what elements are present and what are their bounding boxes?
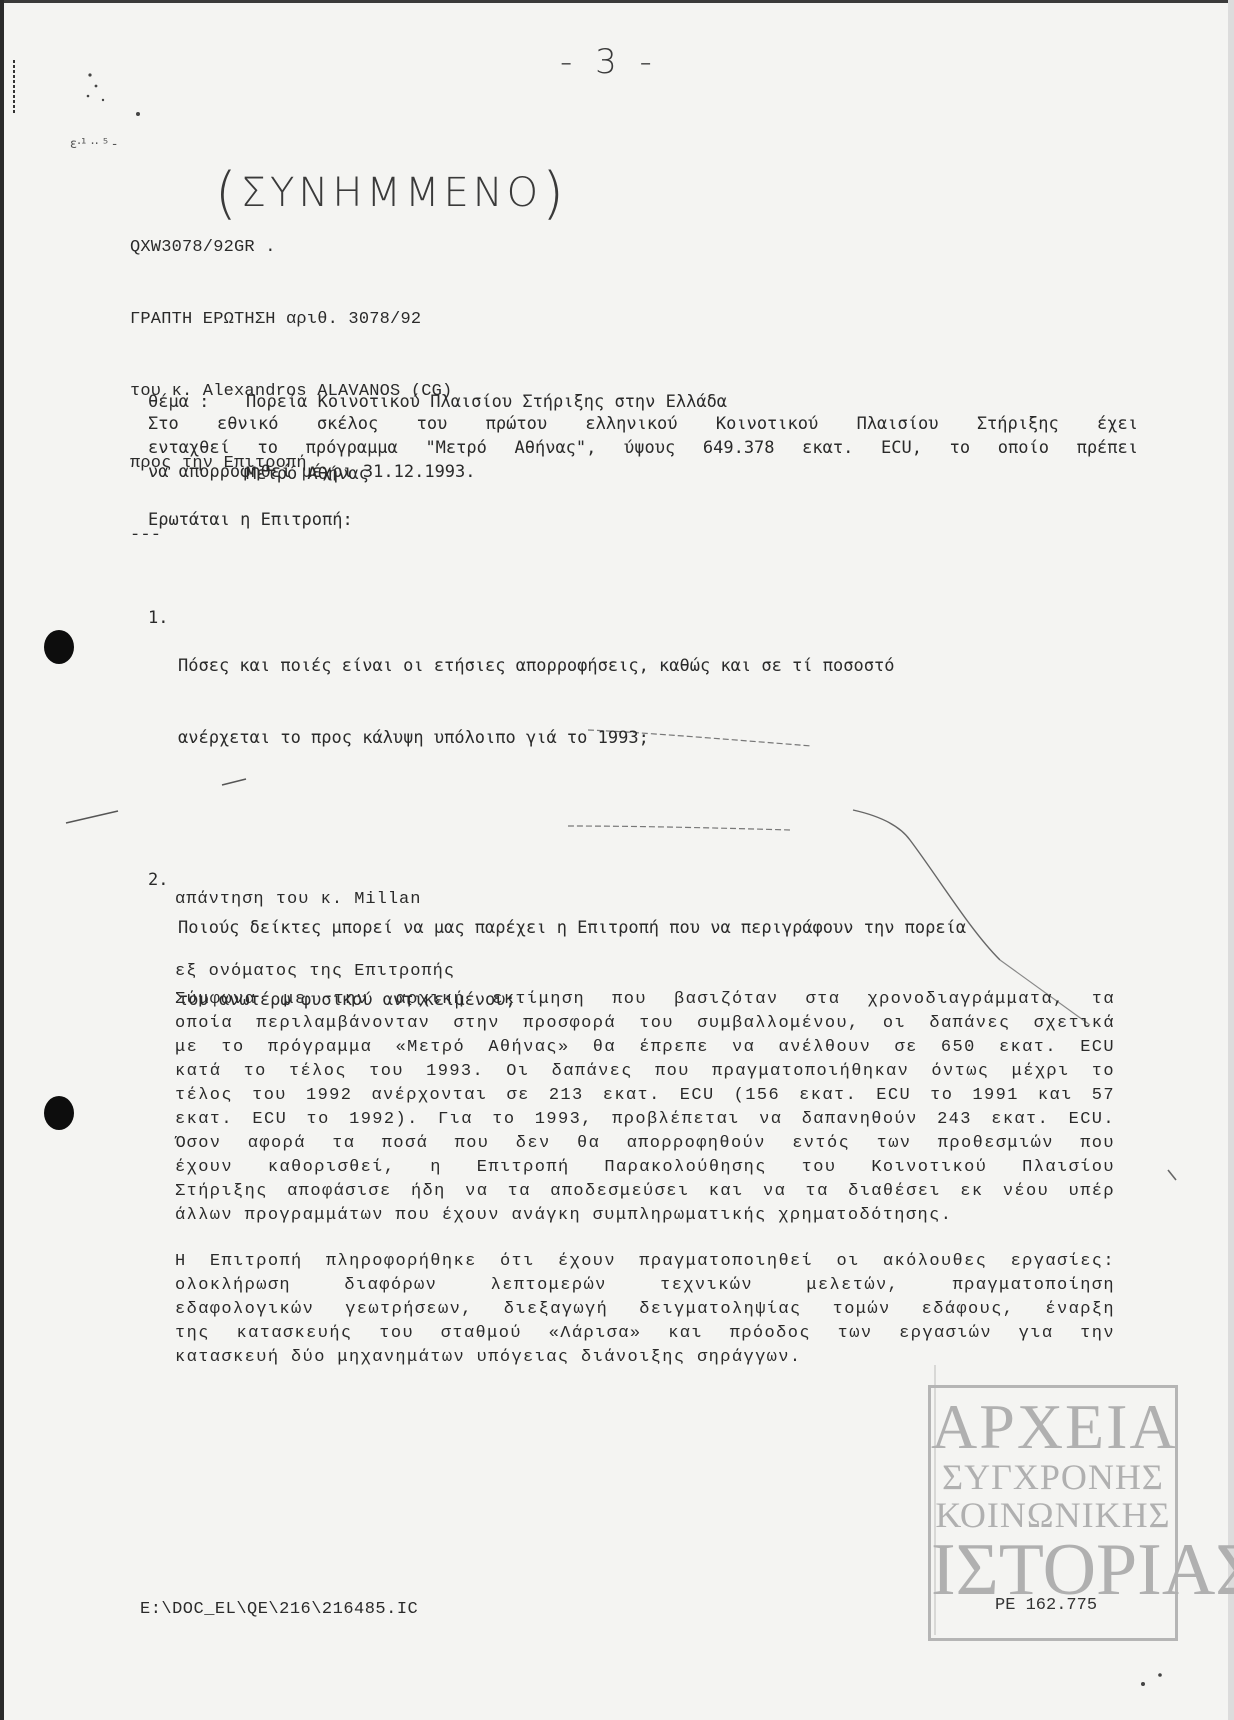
answer-on-behalf: εξ ονόματος της Επιτροπής: [175, 960, 455, 984]
answer-line: κατασκευή δύο μηχανημάτων υπόγειας διάνο…: [175, 1346, 1115, 1370]
scanned-document-page: ε·¹ ·· ⁵ - - 3 - (ΣΥΝΗΜΜΕΝΟ) QXW3078/92G…: [0, 0, 1234, 1720]
question-number: 2.: [148, 868, 178, 1060]
answer-line: έχουν καθορισθεί, η Επιτροπή Παρακολούθη…: [175, 1156, 1115, 1180]
answer-line: κατά το τέλος του 1993. Οι δαπάνες που π…: [175, 1060, 1115, 1084]
answer-line: Σύμφωνα με την αρχική εκτίμηση που βασιζ…: [175, 988, 1115, 1012]
intro-line: να απορροφηθεί μέχρι 31.12.1993.: [148, 460, 1138, 484]
answer-line: τέλος του 1992 ανέρχονται σε 213 εκατ. E…: [175, 1084, 1115, 1108]
intro-line: Στο εθνικό σκέλος του πρώτου ελληνικού Κ…: [148, 412, 1138, 436]
page-number: - 3 -: [560, 42, 658, 82]
stamp-line-2: ΣΥΓΧΡΟΝΗΣ: [931, 1458, 1175, 1496]
question-line: ανέρχεται το προς κάλυψη υπόλοιπο γιά το…: [178, 726, 894, 750]
answer-line: Η Επιτροπή πληροφορήθηκε ότι έχουν πραγμ…: [175, 1250, 1115, 1274]
answer-line: οποία περιλαμβάνονταν στην προσφορά του …: [175, 1012, 1115, 1036]
answer-line: άλλων προγραμμάτων που έχουν ανάγκη συμπ…: [175, 1204, 1115, 1228]
question-title: ΓΡΑΠΤΗ ΕΡΩΤΗΣΗ αριθ. 3078/92: [130, 308, 452, 332]
stamp-line-1: ΑΡΧΕΙΑ: [931, 1396, 1175, 1458]
subject-line-1: Πορεία Κοινοτικού Πλαισίου Στήριξης στην…: [246, 392, 727, 412]
intro-paragraph: Στο εθνικό σκέλος του πρώτου ελληνικού Κ…: [148, 412, 1138, 484]
pe-reference: PE 162.775: [995, 1596, 1097, 1615]
answer-body: Σύμφωνα με την αρχική εκτίμηση που βασιζ…: [175, 988, 1115, 1392]
question-number: 1.: [148, 606, 178, 798]
answer-line: της κατασκευής του σταθμού «Λάρισα» και …: [175, 1322, 1115, 1346]
answer-paragraph-1: Σύμφωνα με την αρχική εκτίμηση που βασιζ…: [175, 988, 1115, 1228]
answer-line: με το πρόγραμμα «Μετρό Αθήνας» θα έπρεπε…: [175, 1036, 1115, 1060]
answer-line: ολοκλήρωση διαφόρων λεπτομερών τεχνικών …: [175, 1274, 1115, 1298]
svg-text:ε·¹ ·· ⁵ -: ε·¹ ·· ⁵ -: [70, 137, 117, 152]
answer-line: Όσον αφορά τα ποσά που δεν θα απορροφηθο…: [175, 1132, 1115, 1156]
answer-line: εδαφολογικών γεωτρήσεων, διεξαγωγή δειγμ…: [175, 1298, 1115, 1322]
answer-paragraph-2: Η Επιτροπή πληροφορήθηκε ότι έχουν πραγμ…: [175, 1250, 1115, 1370]
answer-line: Στήριξης αποφάσισε ήδη να τα αποδεσμεύσε…: [175, 1180, 1115, 1204]
question-item: 1. Πόσες και ποιές είναι οι ετήσιες απορ…: [148, 606, 1138, 798]
subject-label: θέμα :: [148, 390, 246, 414]
question-line: Πόσες και ποιές είναι οι ετήσιες απορροφ…: [178, 654, 894, 678]
punch-hole-bottom: [44, 1096, 74, 1130]
question-ref: QXW3078/92GR .: [130, 236, 452, 260]
question-prompt: Ερωτάται η Επιτροπή:: [148, 508, 353, 532]
answer-line: εκατ. ECU το 1992). Για το 1993, προβλέπ…: [175, 1108, 1115, 1132]
punch-hole-top: [44, 630, 74, 664]
answer-author: απάντηση του κ. Millan: [175, 888, 455, 912]
intro-line: ενταχθεί το πρόγραμμα "Μετρό Αθήνας", ύψ…: [148, 436, 1138, 460]
file-path: E:\DOC_EL\QE\216\216485.IC: [140, 1598, 418, 1622]
